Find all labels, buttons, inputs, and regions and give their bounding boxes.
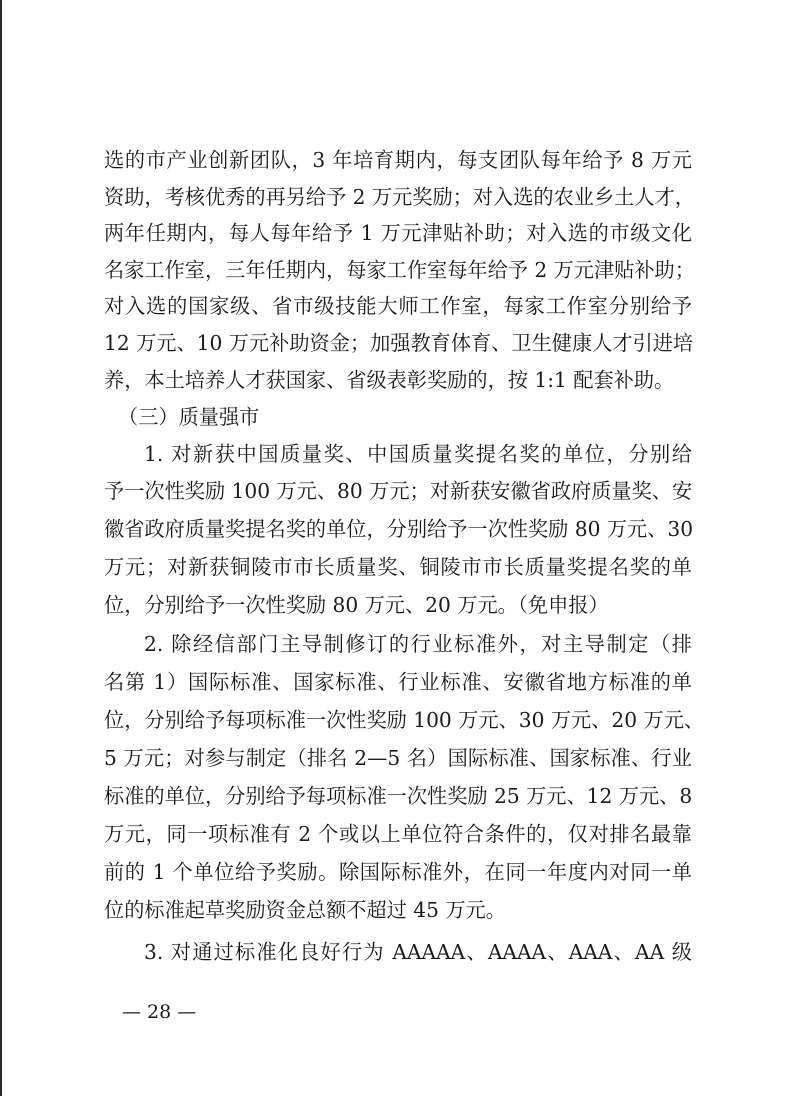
document-page: 选的市产业创新团队，3 年培育期内，每支团队每年给予 8 万元 资助，考核优秀的… xyxy=(0,0,794,1118)
text-line: 名家工作室，三年任期内，每家工作室每年给予 2 万元津贴补助； xyxy=(104,256,692,284)
text-line: 两年任期内，每人每年给予 1 万元津贴补助；对入选的市级文化 xyxy=(104,219,692,247)
text-line: 徽省政府质量奖提名奖的单位，分别给予一次性奖励 80 万元、30 xyxy=(104,515,692,543)
paragraph-start: 1. 对新获中国质量奖、中国质量奖提名奖的单位，分别给 xyxy=(144,440,692,468)
section-heading: （三）质量强市 xyxy=(118,403,318,431)
paragraph-start: 3. 对通过标准化良好行为 AAAAA、AAAA、AAA、AA 级 xyxy=(144,938,692,966)
page-number: — 28 — xyxy=(122,998,196,1026)
text-line: 5 万元；对参与制定（排名 2—5 名）国际标准、国家标准、行业 xyxy=(104,744,692,772)
text-line: 标准的单位，分别给予每项标准一次性奖励 25 万元、12 万元、8 xyxy=(104,782,692,810)
text-line: 位的标准起草奖励资金总额不超过 45 万元。 xyxy=(104,896,692,924)
text-line: 资助，考核优秀的再另给予 2 万元奖励；对入选的农业乡土人才， xyxy=(104,183,692,211)
text-line: 名第 1）国际标准、国家标准、行业标准、安徽省地方标准的单 xyxy=(104,668,692,696)
text-line: 予一次性奖励 100 万元、80 万元；对新获安徽省政府质量奖、安 xyxy=(104,477,692,505)
text-line: 选的市产业创新团队，3 年培育期内，每支团队每年给予 8 万元 xyxy=(104,146,692,174)
text-line: 万元；对新获铜陵市市长质量奖、铜陵市市长质量奖提名奖的单 xyxy=(104,553,692,581)
text-line: 对入选的国家级、省市级技能大师工作室，每家工作室分别给予 xyxy=(104,292,692,320)
text-line: 前的 1 个单位给予奖励。除国际标准外，在同一年度内对同一单 xyxy=(104,858,692,886)
text-line: 位，分别给予每项标准一次性奖励 100 万元、30 万元、20 万元、 xyxy=(104,706,692,734)
text-line: 12 万元、10 万元补助资金；加强教育体育、卫生健康人才引进培 xyxy=(104,329,692,357)
text-line: 万元，同一项标准有 2 个或以上单位符合条件的，仅对排名最靠 xyxy=(104,820,692,848)
paragraph-start: 2. 除经信部门主导制修订的行业标准外，对主导制定（排 xyxy=(144,630,692,658)
text-line: 位，分别给予一次性奖励 80 万元、20 万元。（免申报） xyxy=(104,591,692,619)
text-line: 养，本土培养人才获国家、省级表彰奖励的，按 1:1 配套补助。 xyxy=(104,366,692,394)
